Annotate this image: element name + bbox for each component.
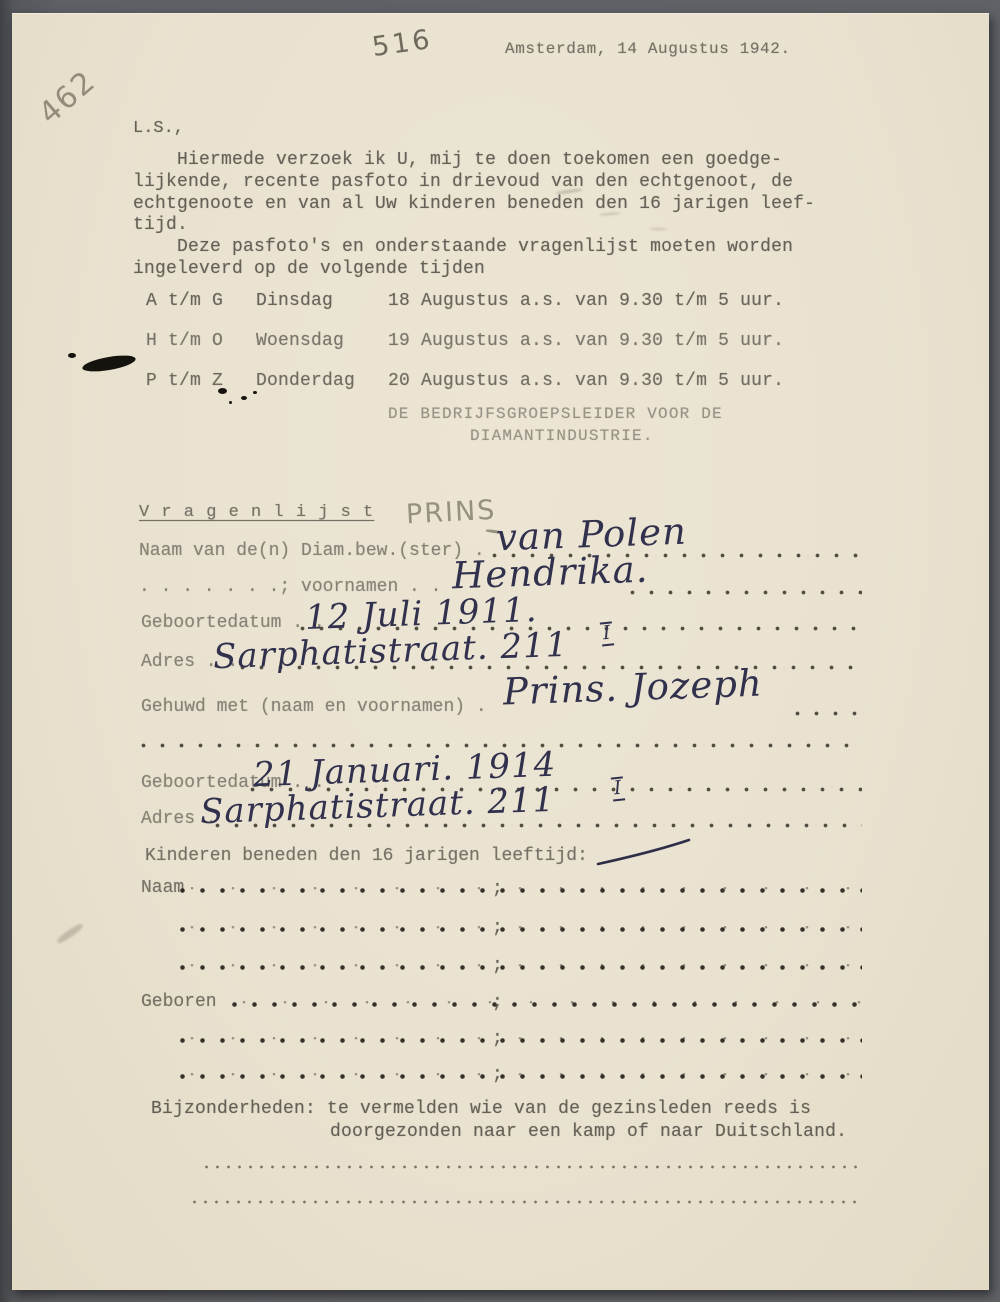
signature-line-1: DE BEDRIJFSGROEPSLEIDER VOOR DE	[388, 405, 723, 423]
dot-row	[180, 1073, 862, 1080]
field-value-gehuwd-met: Prins. Jozeph	[502, 661, 763, 713]
letter-body: Hiermede verzoek ik U, mij te doen toeko…	[133, 150, 873, 281]
signature-line-2: DIAMANTINDUSTRIE.	[470, 427, 654, 445]
field-floor-adres-1: I	[600, 621, 614, 646]
ink-spatter	[218, 388, 227, 394]
ink-spatter	[229, 401, 232, 404]
pencil-annotation-prins: PRINS	[405, 495, 497, 531]
field-label-naam-kinderen: Naam	[141, 878, 184, 898]
dot-row	[180, 1037, 862, 1044]
typed-semicolon: ;	[492, 918, 503, 938]
field-label-kinderen: Kinderen beneden den 16 jarigen leeftijd…	[145, 846, 588, 866]
typed-semicolon: ;	[492, 1065, 503, 1085]
form-heading: V r a g e n l i j s t	[139, 503, 374, 522]
dot-row	[180, 887, 862, 894]
schedule-row-1: A t/m G Dinsdag 18 Augustus a.s. van 9.3…	[146, 291, 784, 311]
dot-row	[232, 1001, 862, 1008]
field-label-gehuwd-met: Gehuwd met (naam en voornamen) .	[141, 697, 487, 717]
kinderen-none-dash	[595, 836, 693, 868]
dot-row	[180, 926, 862, 933]
field-label-geboortedatum-1: Geboortedatum . .	[141, 613, 325, 633]
dateline: Amsterdam, 14 Augustus 1942.	[505, 40, 791, 58]
dot-row	[180, 964, 862, 971]
field-label-geboren: Geboren	[141, 992, 217, 1012]
salutation: L.S.,	[133, 119, 184, 138]
field-value-voornamen: Hendrika.	[451, 548, 649, 598]
dot-leader	[630, 589, 862, 596]
typed-semicolon: ;	[492, 879, 503, 899]
fine-dot-row	[205, 1165, 862, 1170]
ink-spatter	[241, 396, 247, 400]
bijzonderheden-line-1: Bijzonderheden: te vermelden wie van de …	[151, 1099, 811, 1119]
dot-leader	[795, 710, 862, 717]
typed-semicolon: ;	[492, 1029, 503, 1049]
bijzonderheden-line-2: doorgezonden naar een kamp of naar Duits…	[330, 1122, 847, 1142]
ink-spatter	[68, 353, 76, 358]
schedule-row-3: P t/m Z Donderdag 20 Augustus a.s. van 9…	[146, 371, 784, 391]
field-floor-adres-2: I	[611, 776, 625, 801]
ink-spatter	[253, 391, 257, 394]
typed-semicolon: ;	[492, 993, 503, 1013]
typed-semicolon: ;	[492, 956, 503, 976]
fine-dot-row	[193, 1200, 862, 1205]
field-label-naam: Naam van de(n) Diam.bew.(ster) .	[139, 541, 485, 561]
schedule-row-2: H t/m O Woensdag 19 Augustus a.s. van 9.…	[146, 331, 784, 351]
scan-background: 462 516 Amsterdam, 14 Augustus 1942. L.S…	[0, 0, 1000, 1302]
